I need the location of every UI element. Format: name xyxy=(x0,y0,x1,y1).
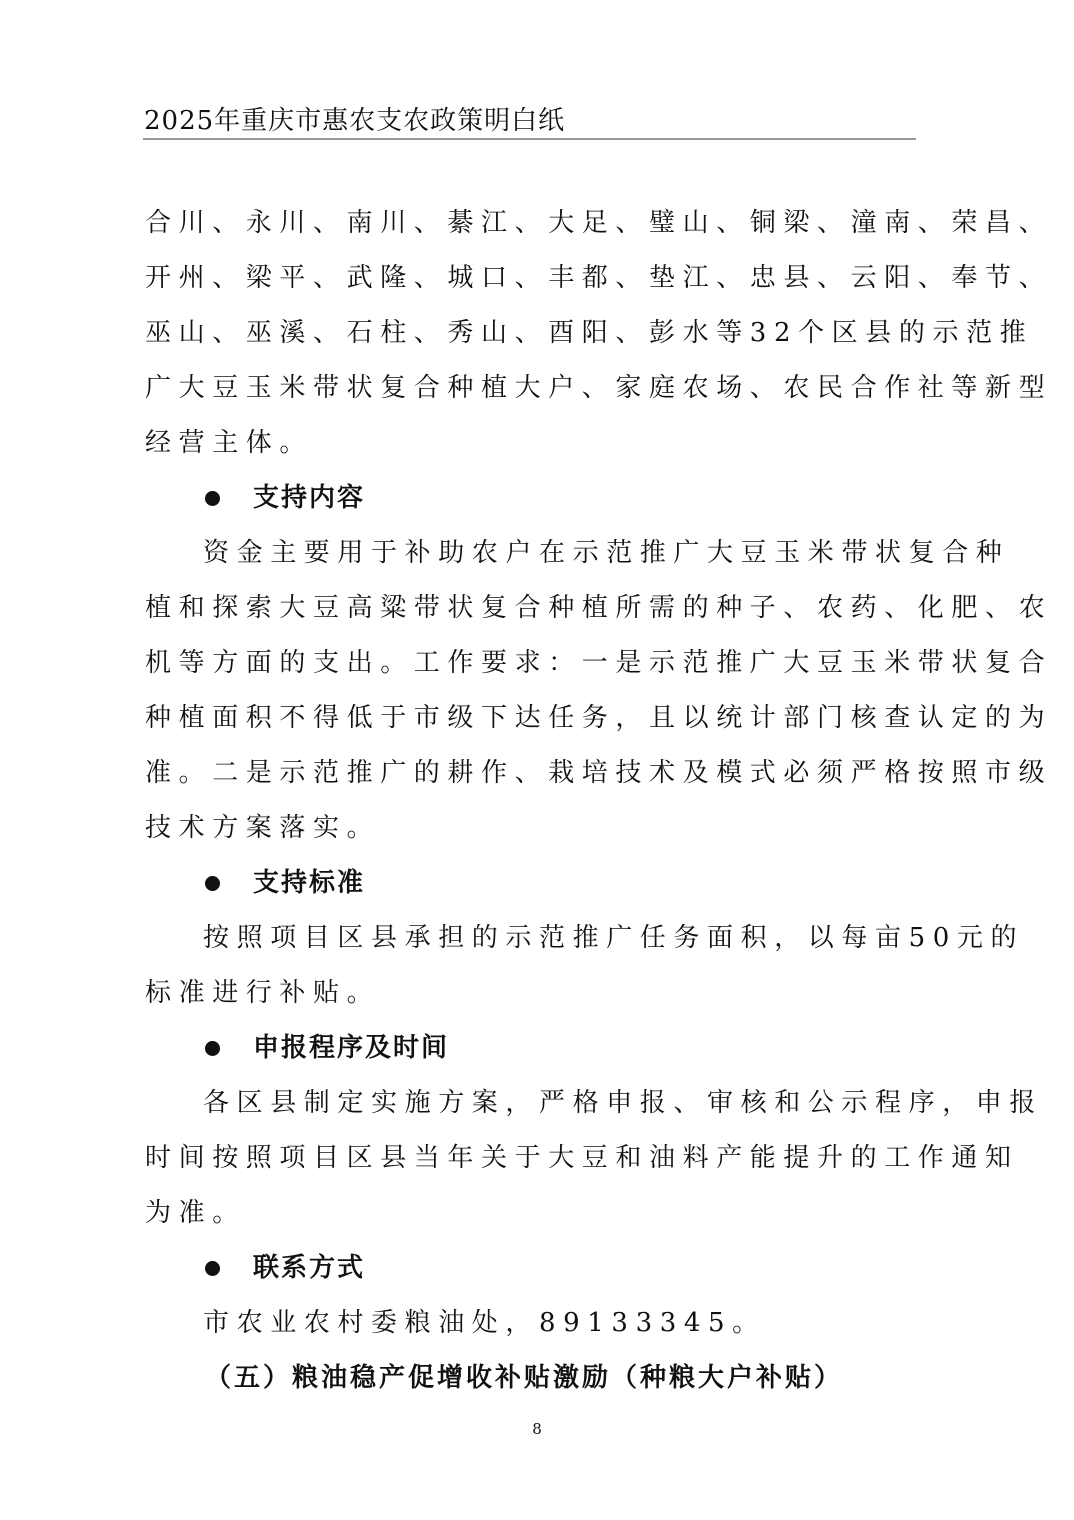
bullet-icon xyxy=(205,1261,220,1276)
bullet-icon xyxy=(205,491,220,506)
section-heading-text: 支持内容 xyxy=(253,483,365,513)
section-heading-text: 联系方式 xyxy=(253,1253,365,1283)
section-heading: 联系方式 xyxy=(145,1241,917,1296)
paragraph-line: 巫山、巫溪、石柱、秀山、酉阳、彭水等32个区县的示范推 xyxy=(145,306,917,361)
paragraph-line: 植和探索大豆高粱带状复合种植所需的种子、农药、化肥、农 xyxy=(145,581,917,636)
section-heading: 支持标准 xyxy=(145,856,917,911)
paragraph-line: 准。二是示范推广的耕作、栽培技术及模式必须严格按照市级 xyxy=(145,746,917,801)
section-application-procedure: 申报程序及时间 各区县制定实施方案，严格申报、审核和公示程序，申报 时间按照项目… xyxy=(145,1021,917,1241)
section-support-standard: 支持标准 按照项目区县承担的示范推广任务面积，以每亩50元的 标准进行补贴。 xyxy=(145,856,917,1021)
section-heading-text: 申报程序及时间 xyxy=(253,1033,449,1063)
section-heading: 申报程序及时间 xyxy=(145,1021,917,1076)
paragraph-line: 按照项目区县承担的示范推广任务面积，以每亩50元的 xyxy=(145,911,917,966)
next-section-title: （五）粮油稳产促增收补贴激励（种粮大户补贴） xyxy=(145,1351,917,1406)
paragraph-line: 技术方案落实。 xyxy=(145,801,917,856)
paragraph-line: 开州、梁平、武隆、城口、丰都、垫江、忠县、云阳、奉节、 xyxy=(145,251,917,306)
section-heading: 支持内容 xyxy=(145,471,917,526)
header-divider xyxy=(143,138,916,140)
section-support-content: 支持内容 资金主要用于补助农户在示范推广大豆玉米带状复合种 植和探索大豆高粱带状… xyxy=(145,471,917,856)
paragraph-line: 广大豆玉米带状复合种植大户、家庭农场、农民合作社等新型 xyxy=(145,361,917,416)
paragraph-line: 时间按照项目区县当年关于大豆和油料产能提升的工作通知 xyxy=(145,1131,917,1186)
section-contact: 联系方式 市农业农村委粮油处，89133345。 xyxy=(145,1241,917,1351)
paragraph-line: 资金主要用于补助农户在示范推广大豆玉米带状复合种 xyxy=(145,526,917,581)
intro-paragraph: 合川、永川、南川、綦江、大足、璧山、铜梁、潼南、荣昌、 开州、梁平、武隆、城口、… xyxy=(145,196,917,471)
paragraph-line: 经营主体。 xyxy=(145,416,917,471)
bullet-icon xyxy=(205,1041,220,1056)
paragraph-line: 种植面积不得低于市级下达任务，且以统计部门核查认定的为 xyxy=(145,691,917,746)
page-number: 8 xyxy=(0,1420,1074,1438)
paragraph-line: 标准进行补贴。 xyxy=(145,966,917,1021)
paragraph-line: 机等方面的支出。工作要求：一是示范推广大豆玉米带状复合 xyxy=(145,636,917,691)
paragraph-line: 为准。 xyxy=(145,1186,917,1241)
paragraph-line: 各区县制定实施方案，严格申报、审核和公示程序，申报 xyxy=(145,1076,917,1131)
document-body: 合川、永川、南川、綦江、大足、璧山、铜梁、潼南、荣昌、 开州、梁平、武隆、城口、… xyxy=(145,196,917,1406)
contact-line: 市农业农村委粮油处，89133345。 xyxy=(145,1296,917,1351)
section-heading-text: 支持标准 xyxy=(253,868,365,898)
paragraph-line: 合川、永川、南川、綦江、大足、璧山、铜梁、潼南、荣昌、 xyxy=(145,196,917,251)
bullet-icon xyxy=(205,876,220,891)
document-header-title: 2025年重庆市惠农支农政策明白纸 xyxy=(144,100,565,137)
